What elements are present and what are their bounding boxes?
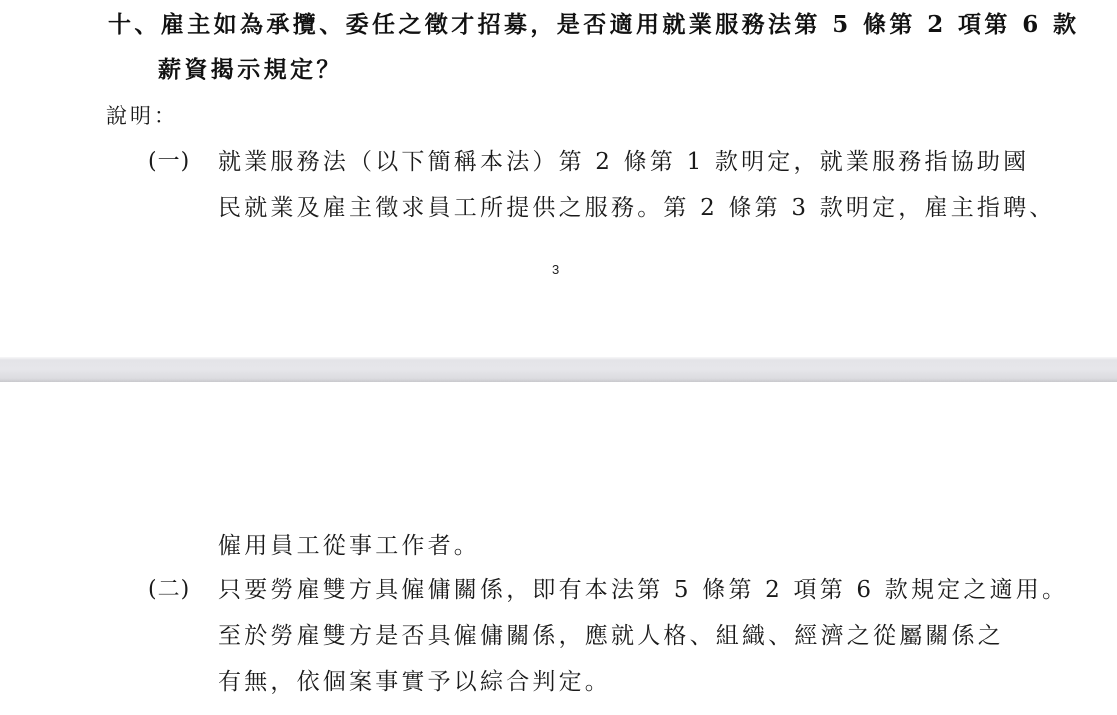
section-heading-line-1: 十、雇主如為承攬、委任之徵才招募，是否適用就業服務法第 5 條第 2 項第 6 …: [108, 10, 1079, 40]
item-2-line-2: 至於勞雇雙方是否具僱傭關係，應就人格、組織、經濟之從屬關係之: [218, 621, 1004, 651]
page-number: 3: [552, 262, 559, 277]
item-1-number: (一): [148, 147, 190, 177]
document-page-4: 僱用員工從事工作者。 (二) 只要勞雇雙方具僱傭關係，即有本法第 5 條第 2 …: [0, 382, 1117, 715]
section-heading-line-2: 薪資揭示規定？: [158, 55, 343, 85]
item-2-line-3: 有無，依個案事實予以綜合判定。: [218, 667, 611, 697]
document-page-3: 十、雇主如為承攬、委任之徵才招募，是否適用就業服務法第 5 條第 2 項第 6 …: [0, 0, 1117, 357]
page-separator: [0, 357, 1117, 382]
explanation-label: 說明：: [106, 101, 178, 131]
item-1-line-2: 民就業及雇主徵求員工所提供之服務。第 2 條第 3 款明定，雇主指聘、: [218, 193, 1056, 223]
item-1-continued: 僱用員工從事工作者。: [218, 531, 480, 561]
item-1-line-1: 就業服務法（以下簡稱本法）第 2 條第 1 款明定，就業服務指協助國: [218, 147, 1029, 177]
item-2-number: (二): [148, 575, 190, 605]
item-2-line-1: 只要勞雇雙方具僱傭關係，即有本法第 5 條第 2 項第 6 款規定之適用。: [218, 575, 1068, 605]
